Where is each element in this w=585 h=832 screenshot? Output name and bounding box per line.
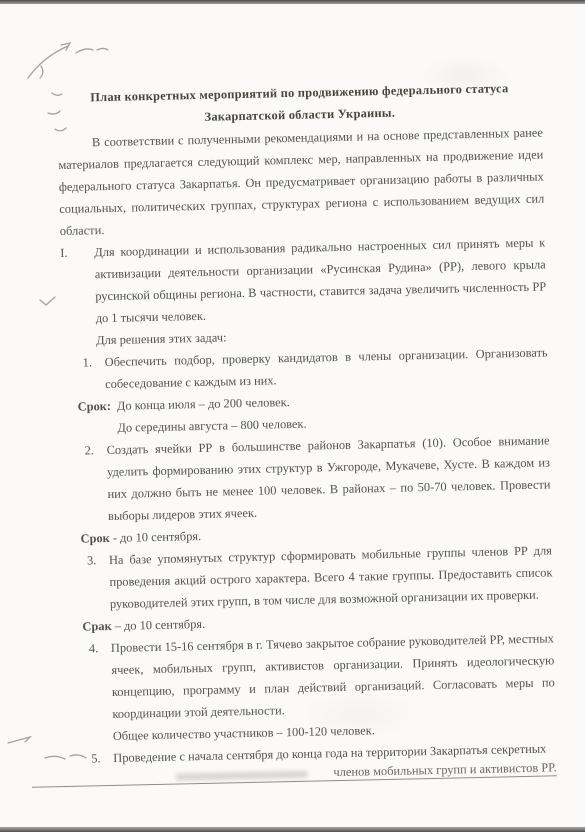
illegible-smudge	[175, 770, 307, 780]
list-item-3: 3. На базе упомянутых структур сформиров…	[87, 539, 553, 615]
list-item-1-number: 1.	[82, 351, 105, 395]
list-item-3-text: На базе упомянутых структур сформировать…	[109, 539, 553, 615]
list-item-2-text: Создать ячейки РР в большинстве районов …	[106, 429, 551, 527]
list-item-4-text: Провести 15-16 сентября в г. Тячево закр…	[111, 627, 556, 725]
list-item-4: 4. Провести 15-16 сентября в г. Тячево з…	[89, 627, 556, 747]
scanner-edge-bottom	[0, 827, 585, 832]
section-I-number: I.	[60, 241, 96, 330]
section-I-text: Для координации и использования радикаль…	[94, 231, 547, 329]
deadline-3-text: – до 10 сентября.	[111, 617, 205, 633]
section-I: I. Для координации и использования радик…	[60, 231, 547, 330]
deadline-1-label: Срок:	[77, 395, 111, 440]
scanned-page: План конкретных мероприятий по продвижен…	[0, 0, 585, 832]
deadline-2-text: - до 10 сентября.	[110, 529, 202, 545]
list-item-5-number: 5.	[91, 747, 113, 769]
scanner-edge-top	[0, 0, 585, 4]
list-item-4-number: 4.	[89, 637, 113, 747]
list-item-3-number: 3.	[87, 549, 110, 615]
document-body: План конкретных мероприятий по продвижен…	[0, 0, 585, 788]
deadline-3-label: Срак	[82, 619, 111, 634]
list-item-2-number: 2.	[84, 439, 108, 527]
list-item-2: 2. Создать ячейки РР в большинстве район…	[84, 429, 551, 527]
deadline-2-label: Срок	[80, 531, 109, 546]
intro-paragraph: В соответствии с полученными рекомендаци…	[58, 121, 545, 242]
